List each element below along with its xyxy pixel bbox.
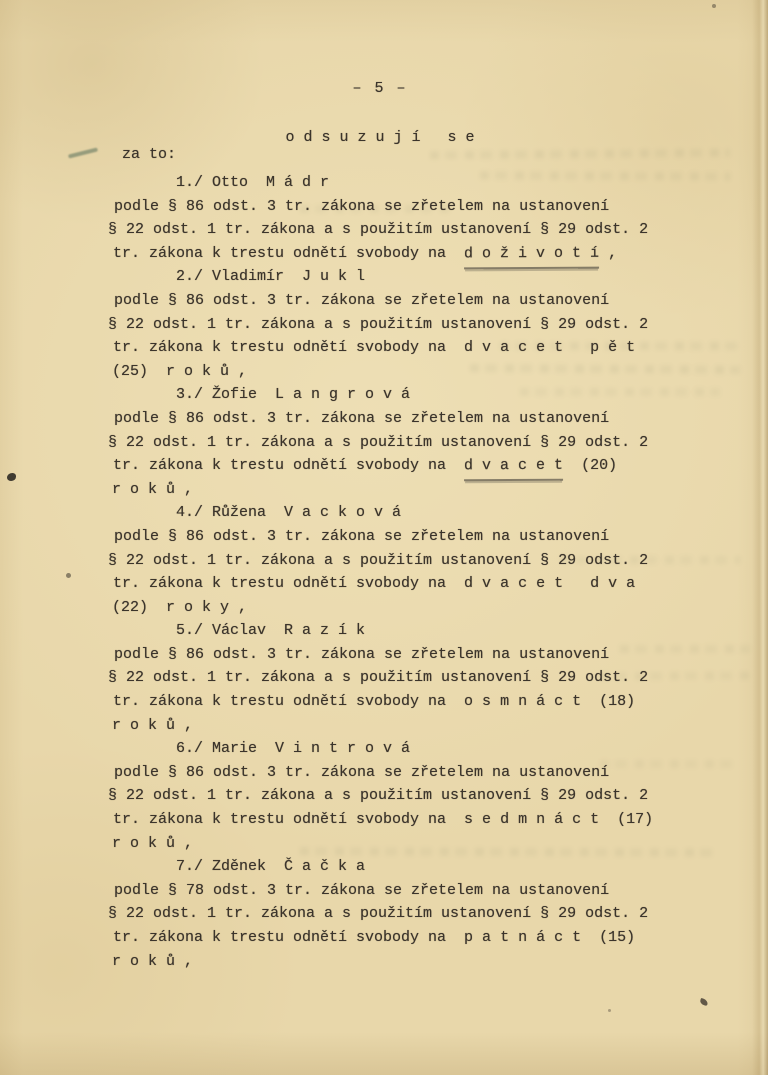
- sentence-line: § 22 odst. 1 tr. zákona a s použitím ust…: [108, 666, 732, 690]
- sentence-line: § 22 odst. 1 tr. zákona a s použitím ust…: [108, 431, 732, 455]
- sentence-line: r o k ů ,: [112, 478, 732, 502]
- sentence-line: (22) r o k y ,: [112, 596, 732, 620]
- sentence-line: podle § 86 odst. 3 tr. zákona se zřetele…: [114, 761, 732, 785]
- page-number: – 5 –: [0, 80, 760, 97]
- sentence-line: tr. zákona k trestu odnětí svobody na d …: [113, 572, 732, 596]
- sentence-line: podle § 86 odst. 3 tr. zákona se zřetele…: [114, 407, 732, 431]
- defendant-name: 7./ Zděnek Č a č k a: [176, 855, 732, 879]
- scanned-document-page: { "colors": { "paper": "#e8d7aa", "ink":…: [0, 0, 768, 1075]
- sentence-text: tr. zákona k trestu odnětí svobody na: [113, 457, 464, 474]
- sentence-line: (25) r o k ů ,: [112, 360, 732, 384]
- sentence-line: r o k ů ,: [112, 950, 732, 974]
- defendant-entry: 7./ Zděnek Č a č k a podle § 78 odst. 3 …: [112, 855, 732, 973]
- defendant-name: 4./ Růžena V a c k o v á: [176, 501, 732, 525]
- sentence-line: podle § 86 odst. 3 tr. zákona se zřetele…: [114, 525, 732, 549]
- sentence-line: podle § 86 odst. 3 tr. zákona se zřetele…: [114, 195, 732, 219]
- sentence-line: podle § 86 odst. 3 tr. zákona se zřetele…: [114, 289, 732, 313]
- defendant-name: 1./ Otto M á d r: [176, 171, 732, 195]
- defendant-entry: 4./ Růžena V a c k o v á podle § 86 odst…: [112, 501, 732, 619]
- sentence-line: r o k ů ,: [112, 714, 732, 738]
- intro-label: za to:: [122, 146, 176, 163]
- sentence-line: tr. zákona k trestu odnětí svobody na s …: [113, 808, 732, 832]
- sentence-line: podle § 78 odst. 3 tr. zákona se zřetele…: [114, 879, 732, 903]
- underlined-sentence-term: d o ž i v o t í: [464, 241, 599, 268]
- defendant-entry: 5./ Václav R a z í k podle § 86 odst. 3 …: [112, 619, 732, 737]
- sentence-line: tr. zákona k trestu odnětí svobody na d …: [113, 336, 732, 360]
- sentence-line: § 22 odst. 1 tr. zákona a s použitím ust…: [108, 313, 732, 337]
- defendant-entry: 2./ Vladimír J u k l podle § 86 odst. 3 …: [112, 265, 732, 383]
- sentence-text: (20): [563, 457, 617, 474]
- sentence-line: § 22 odst. 1 tr. zákona a s použitím ust…: [108, 902, 732, 926]
- paper-edge-shadow: [752, 0, 768, 1075]
- defendant-entry: 1./ Otto M á d r podle § 86 odst. 3 tr. …: [112, 171, 732, 265]
- verdict-heading: o d s u z u j í s e: [0, 129, 760, 146]
- ink-speck: [712, 4, 716, 8]
- sentence-line: r o k ů ,: [112, 832, 732, 856]
- defendant-name: 5./ Václav R a z í k: [176, 619, 732, 643]
- sentence-line: tr. zákona k trestu odnětí svobody na d …: [113, 242, 732, 266]
- sentence-line: § 22 odst. 1 tr. zákona a s použitím ust…: [108, 218, 732, 242]
- defendant-entry: 3./ Žofie L a n g r o v á podle § 86 ods…: [112, 383, 732, 501]
- sentence-line: tr. zákona k trestu odnětí svobody na p …: [113, 926, 732, 950]
- ink-speck: [608, 1009, 611, 1012]
- sentence-line: tr. zákona k trestu odnětí svobody na o …: [113, 690, 732, 714]
- defendant-name: 3./ Žofie L a n g r o v á: [176, 383, 732, 407]
- underlined-sentence-term: d v a c e t: [464, 454, 563, 481]
- defendant-entry: 6./ Marie V i n t r o v á podle § 86 ods…: [112, 737, 732, 855]
- ink-speck: [66, 573, 71, 578]
- verdict-body: 1./ Otto M á d r podle § 86 odst. 3 tr. …: [112, 171, 732, 973]
- sentence-line: tr. zákona k trestu odnětí svobody na d …: [113, 454, 732, 478]
- sentence-line: § 22 odst. 1 tr. zákona a s použitím ust…: [108, 549, 732, 573]
- sentence-text: tr. zákona k trestu odnětí svobody na: [113, 245, 464, 262]
- sentence-text: ,: [599, 245, 617, 262]
- defendant-name: 6./ Marie V i n t r o v á: [176, 737, 732, 761]
- sentence-line: § 22 odst. 1 tr. zákona a s použitím ust…: [108, 784, 732, 808]
- defendant-name: 2./ Vladimír J u k l: [176, 265, 732, 289]
- sentence-line: podle § 86 odst. 3 tr. zákona se zřetele…: [114, 643, 732, 667]
